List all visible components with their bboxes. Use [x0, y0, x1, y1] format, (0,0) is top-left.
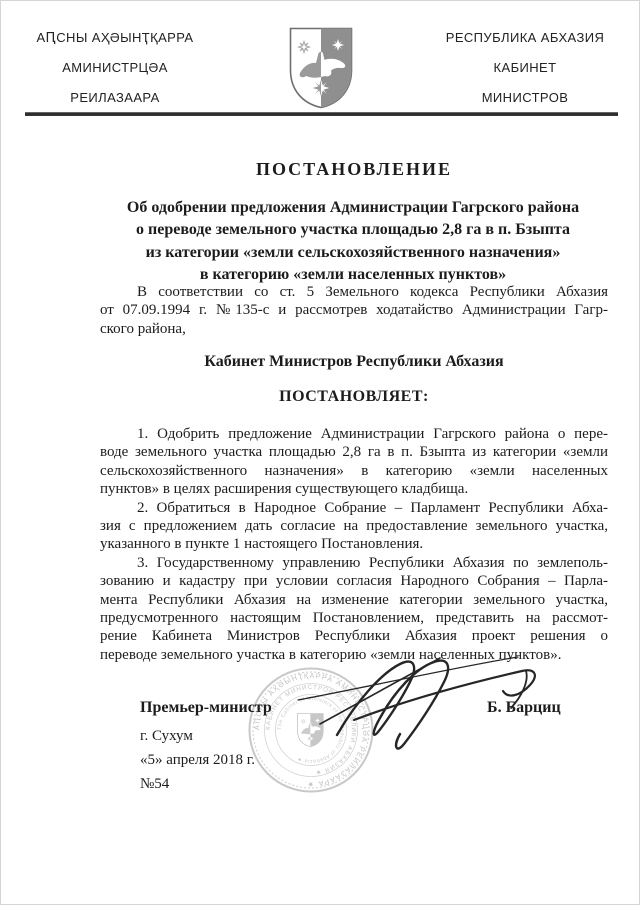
body-line: сельскохозяйственного назначения» в кате…: [100, 462, 608, 480]
issue-place: г. Сухум: [140, 728, 193, 745]
subject-line: Об одобрении предложения Администрации Г…: [88, 197, 618, 219]
subject-line: из категории «земли сельскохозяйственног…: [88, 242, 618, 264]
body-line: В соответствии со ст. 5 Земельного кодек…: [100, 283, 608, 301]
body-line: от 07.09.1994 г. №135-с и рассмотрев ход…: [100, 301, 608, 319]
body-line: зия с предложением дать согласие на пред…: [100, 517, 608, 535]
signer-name: Б. Барциц: [487, 699, 561, 717]
paragraph-1: 1. Одобрить предложение Администрации Га…: [100, 425, 608, 499]
paragraph-2: 2. Обратиться в Народное Собрание – Парл…: [100, 499, 608, 554]
letterhead-line: АМИНИСТРЦӘА: [0, 57, 230, 87]
body-line: указанного в пункте 1 настоящего Постано…: [100, 535, 608, 553]
document-number: №54: [140, 776, 169, 793]
resolves-heading: ПОСТАНОВЛЯЕТ:: [100, 388, 608, 406]
issuing-authority-line: Кабинет Министров Республики Абхазия: [100, 353, 608, 371]
body-line: ского района,: [100, 320, 608, 338]
letterhead-left-column: АԤСНЫ АҲӘЫНҬҚАРРА АМИНИСТРЦӘА РЕИЛАЗААРА: [0, 27, 230, 117]
preamble-paragraph: В соответствии со ст. 5 Земельного кодек…: [100, 283, 608, 338]
subject-line: о переводе земельного участка площадью 2…: [88, 219, 618, 241]
letterhead-line: АԤСНЫ АҲӘЫНҬҚАРРА: [0, 27, 230, 57]
document-page: АԤСНЫ АҲӘЫНҬҚАРРА АМИНИСТРЦӘА РЕИЛАЗААРА…: [0, 0, 640, 905]
letterhead-line: КАБИНЕТ: [410, 57, 640, 87]
operative-paragraphs: 1. Одобрить предложение Администрации Га…: [100, 425, 608, 664]
letterhead-right-column: РЕСПУБЛИКА АБХАЗИЯ КАБИНЕТ МИНИСТРОВ: [410, 27, 640, 117]
letterhead-line: РЕСПУБЛИКА АБХАЗИЯ: [410, 27, 640, 57]
body-line: 2. Обратиться в Народное Собрание – Парл…: [100, 499, 608, 517]
abkhazia-coat-of-arms-icon: [288, 26, 354, 115]
header-divider-rule: [25, 112, 618, 116]
issue-date: «5» апреля 2018 г.: [140, 752, 255, 769]
signer-position-title: Премьер-министр: [140, 699, 272, 717]
body-line: мента Республики Абхазия на изменение ка…: [100, 591, 608, 609]
body-line: 1. Одобрить предложение Администрации Га…: [100, 425, 608, 443]
body-line: зованию и кадастру при условии согласия …: [100, 572, 608, 590]
body-line: предусмотренного настоящим Постановление…: [100, 609, 608, 627]
body-line: 3. Государственному управлению Республик…: [100, 554, 608, 572]
body-line: воде земельного участка площадью 2,8 га …: [100, 443, 608, 461]
body-line: пунктов» в целях расширения существующег…: [100, 480, 608, 498]
document-title: ПОСТАНОВЛЕНИЕ: [100, 159, 608, 180]
document-subject: Об одобрении предложения Администрации Г…: [88, 197, 618, 287]
